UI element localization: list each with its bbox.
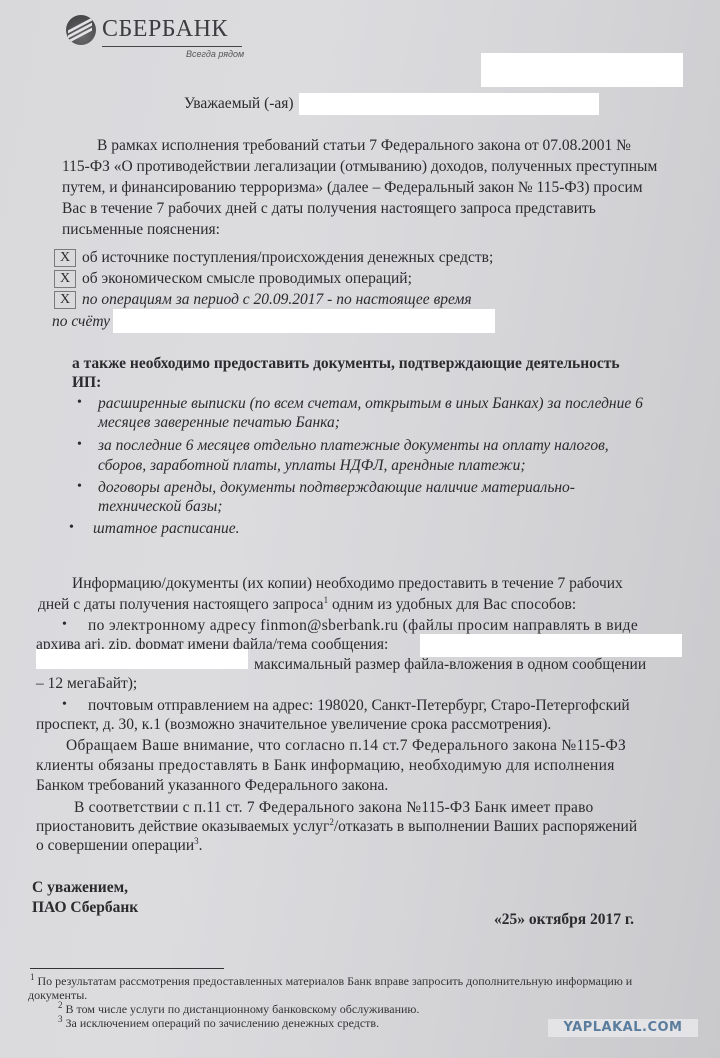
checkbox-checked: X (54, 270, 76, 288)
bullet-icon: • (77, 437, 82, 453)
logo-name: СБЕРБАНК (102, 16, 228, 43)
intro-line: путем, и финансированию терроризма» (дал… (62, 179, 643, 198)
post-line: почтовым отправлением на адрес: 198020, … (88, 697, 630, 716)
salutation: Уважаемый (-ая) (184, 95, 294, 114)
document-item: расширенные выписки (по всем счетам, отк… (98, 395, 643, 414)
post-line: проспект, д. 30, к.1 (возможно значитель… (36, 716, 551, 735)
document-item: месяцев заверенные печатью Банка; (98, 414, 340, 433)
intro-line: письменные пояснения: (62, 221, 220, 240)
footnote: 2 В том числе услуги по дистанционному б… (58, 1003, 419, 1016)
redacted-name (299, 93, 599, 115)
checklist-label: по операциям за период с 20.09.2017 - по… (82, 291, 472, 308)
logo-tagline: Всегда рядом (186, 49, 244, 59)
signature-org: ПАО Сбербанк (32, 899, 138, 918)
checklist-item: Xпо операциям за период с 20.09.2017 - п… (54, 291, 472, 310)
email-line: по электронному адресу finmon@sberbank.r… (88, 617, 638, 636)
notice-line: клиенты обязаны предоставлять в Банк инф… (36, 757, 615, 776)
bullet-icon: • (77, 395, 82, 411)
intro-line: Вас в течение 7 рабочих дней с даты полу… (62, 200, 596, 219)
delivery-line: Информацию/документы (их копии) необходи… (72, 575, 623, 594)
documents-heading: а также необходимо предоставить документ… (72, 355, 620, 374)
signature-closing: С уважением, (32, 879, 128, 898)
document-date: «25» октября 2017 г. (494, 911, 634, 930)
logo-divider (102, 46, 242, 47)
redacted-filename (420, 634, 682, 657)
document-item: сборов, заработной платы, уплаты НДФЛ, а… (98, 457, 526, 476)
intro-line: В рамках исполнения требований статьи 7 … (97, 137, 631, 156)
watermark: YAPLAKAL.COM (548, 1019, 698, 1037)
notice-line: приостановить действие оказываемых услуг… (36, 818, 637, 837)
documents-heading: ИП: (72, 374, 101, 393)
checklist-label: об источнике поступления/происхождения д… (82, 249, 493, 266)
checkbox-checked: X (54, 291, 76, 309)
notice-line: Банком требований указанного Федеральног… (36, 777, 388, 796)
redacted-filename (36, 649, 248, 669)
checkbox-checked: X (54, 249, 76, 267)
document-item: за последние 6 месяцев отдельно платежны… (98, 437, 609, 456)
footnote: 3 За исключением операций по зачислению … (58, 1017, 379, 1030)
account-label: по счёту (52, 313, 110, 332)
footnote-divider (30, 968, 224, 969)
document-item: технической базы; (98, 498, 222, 517)
notice-line: о совершении операции3. (36, 837, 203, 856)
bullet-icon: • (77, 479, 82, 495)
footnote: 1 По результатам рассмотрения предоставл… (30, 975, 632, 988)
sberbank-emblem-icon (66, 15, 96, 45)
delivery-line: дней с даты получения настоящего запроса… (38, 596, 576, 615)
checklist-item: Xоб экономическом смысле проводимых опер… (54, 270, 412, 289)
redacted-account (113, 309, 495, 333)
notice-line: Обращаем Ваше внимание, что согласно п.1… (66, 737, 626, 756)
checklist-item: Xоб источнике поступления/происхождения … (54, 249, 493, 268)
sberbank-logo: СБЕРБАНК Всегда рядом (66, 13, 246, 55)
notice-line: В соответствии с п.11 ст. 7 Федерального… (74, 799, 594, 818)
checklist-label: об экономическом смысле проводимых опера… (82, 270, 412, 287)
intro-line: 115-ФЗ «О противодействии легализации (о… (62, 158, 657, 177)
bullet-icon: • (62, 697, 67, 713)
redacted-recipient (481, 53, 683, 87)
document-item: штатное расписание. (93, 520, 240, 539)
bullet-icon: • (69, 520, 74, 536)
document-item: договоры аренды, документы подтверждающи… (98, 479, 575, 498)
email-line: максимальный размер файла-вложения в одн… (254, 656, 646, 675)
email-line: – 12 мегаБайт); (36, 675, 137, 694)
bullet-icon: • (62, 617, 67, 633)
